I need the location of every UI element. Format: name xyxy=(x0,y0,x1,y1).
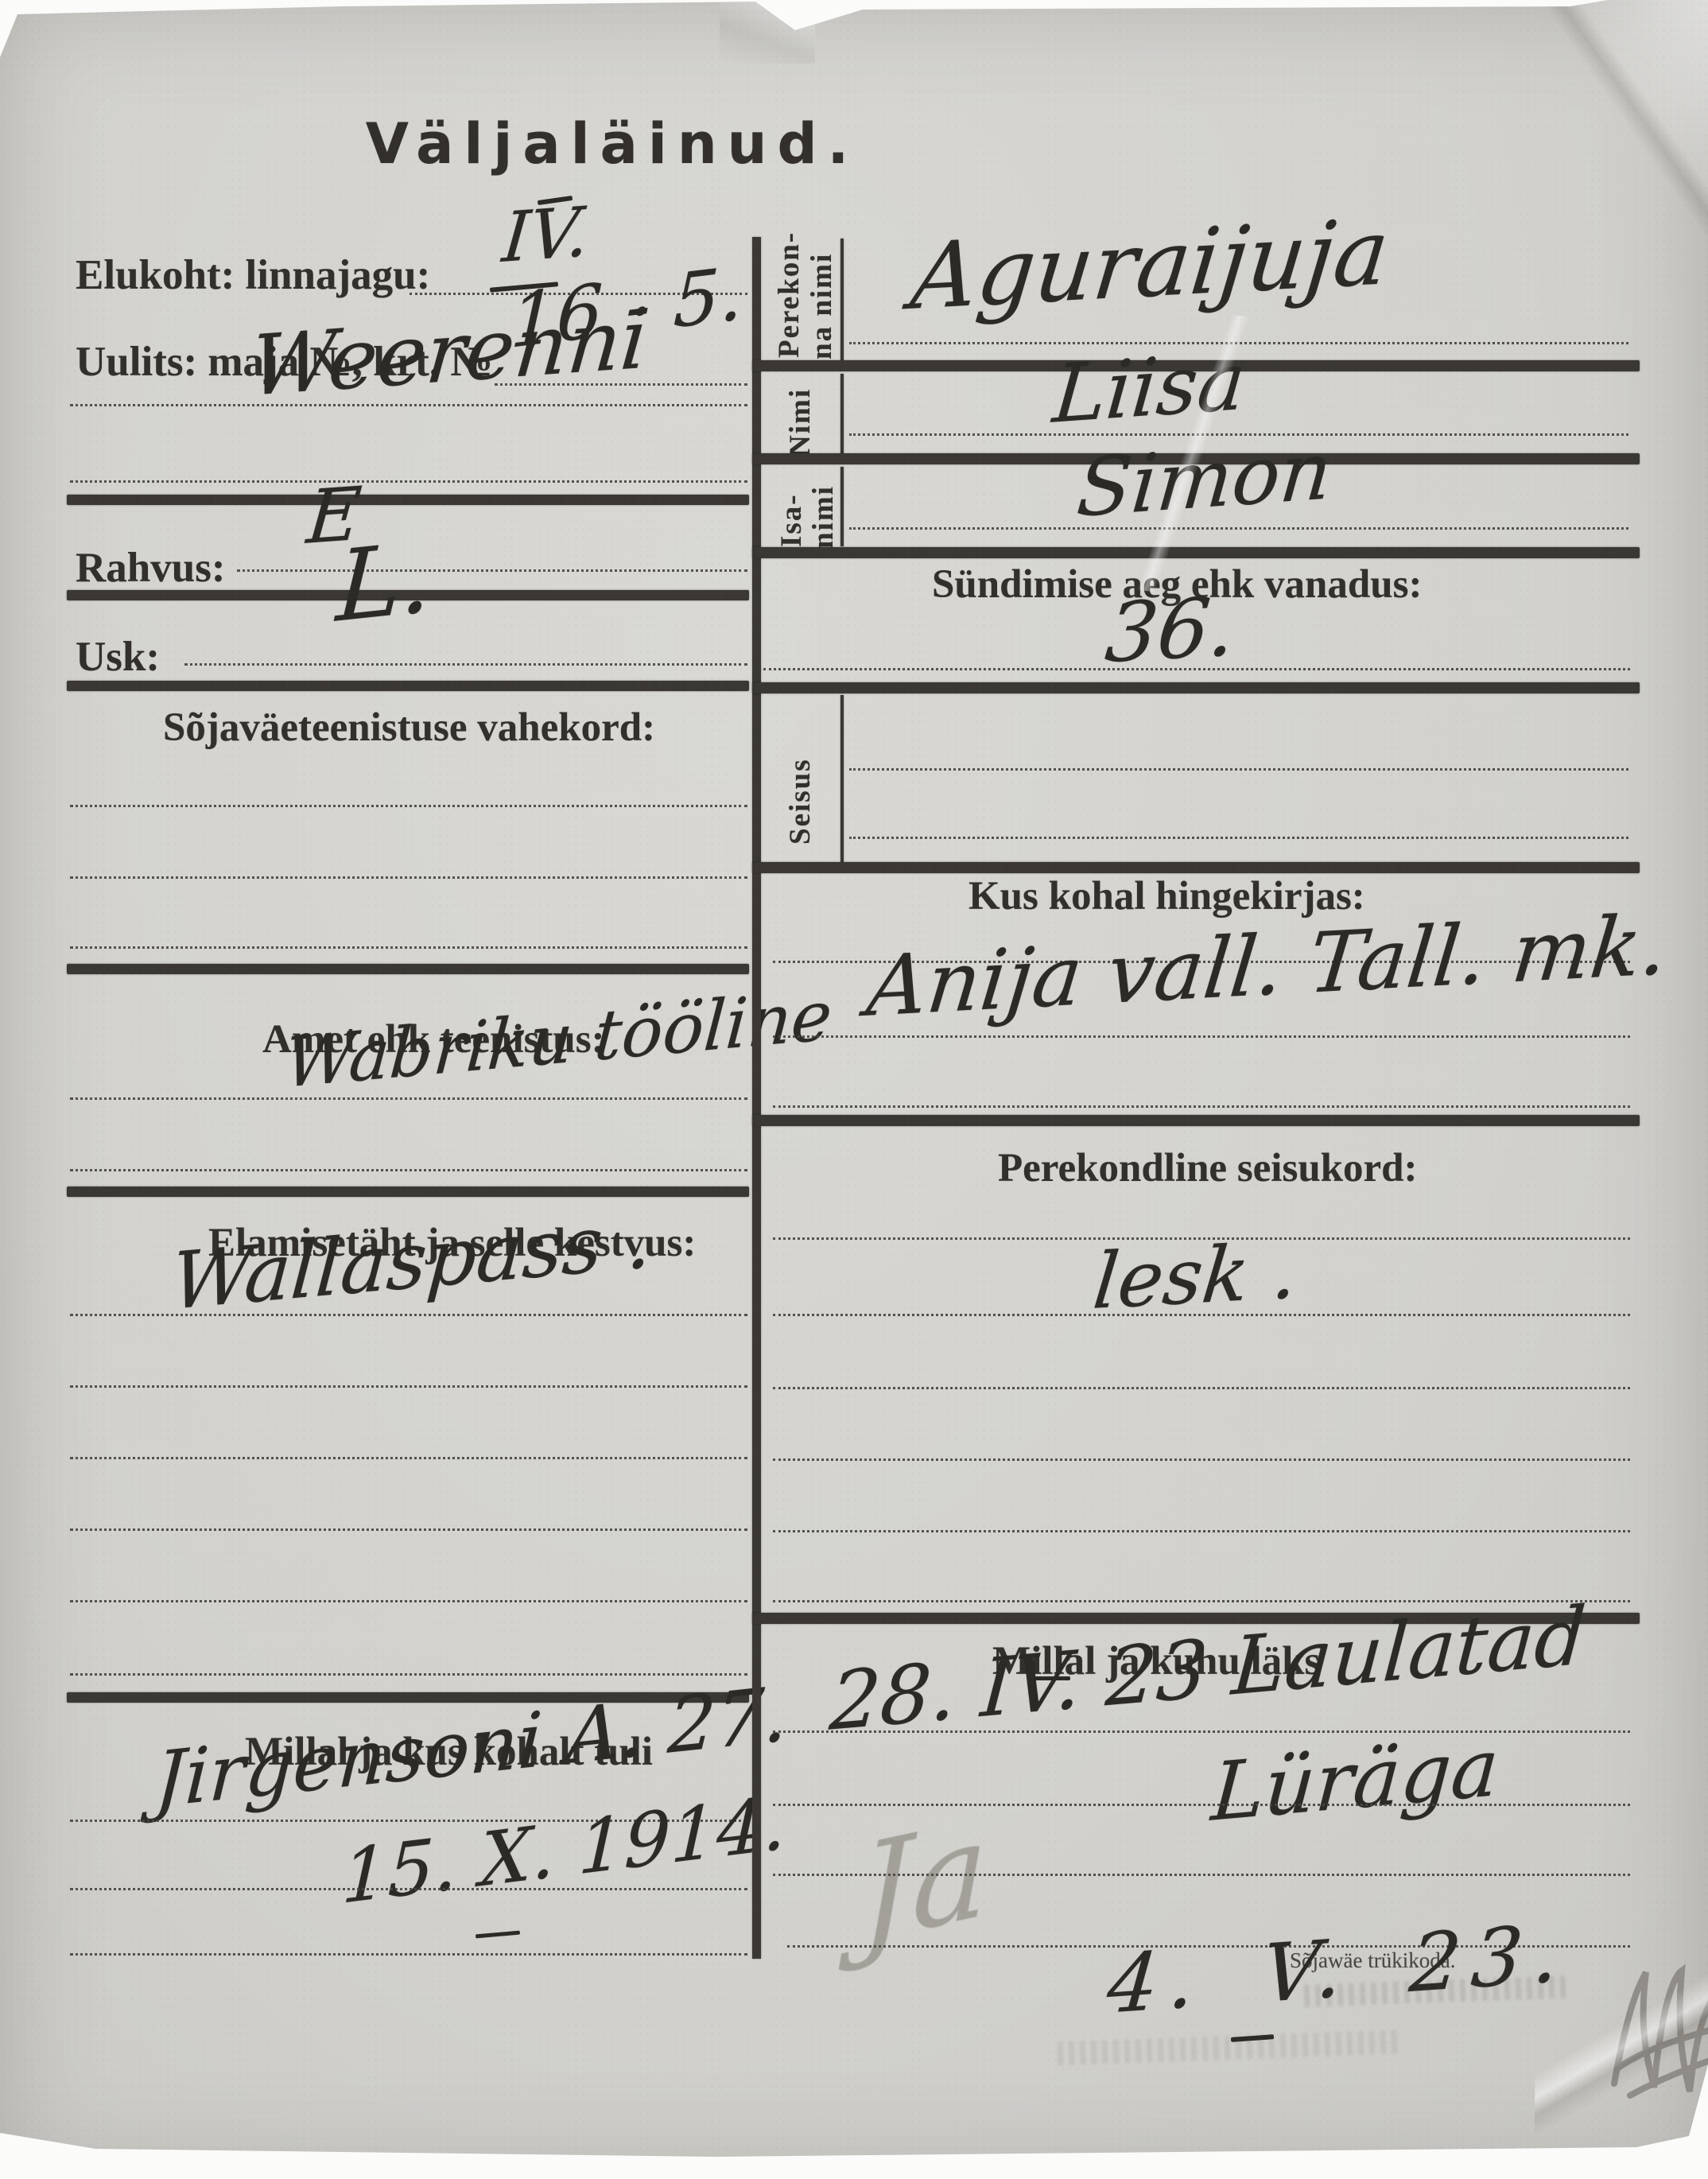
dotted-line xyxy=(773,1804,1630,1806)
dotted-line xyxy=(70,876,747,879)
elamisetaht-value-handwritten: Wallaspass . xyxy=(169,1194,655,1328)
dotted-line xyxy=(70,1953,747,1956)
dotted-line xyxy=(70,946,747,949)
tuli-value-line2-handwritten: 15. X. 1914. xyxy=(340,1780,788,1921)
dotted-line xyxy=(763,668,1630,670)
dotted-line xyxy=(70,1673,747,1676)
date-note-handwritten: 4. V. 23. xyxy=(1104,1905,1574,2032)
dotted-line xyxy=(849,768,1628,771)
dotted-line xyxy=(773,1530,1630,1532)
dotted-line xyxy=(70,1888,747,1890)
horizontal-rule xyxy=(752,1115,1640,1126)
nimi-label: Nimi xyxy=(783,375,817,456)
nimi-value-handwritten: Liisa xyxy=(1050,334,1249,441)
dotted-line xyxy=(237,569,747,572)
dotted-line xyxy=(773,1105,1630,1108)
dotted-line xyxy=(773,1387,1630,1389)
isa-nimi-value-handwritten: Simon xyxy=(1073,424,1335,535)
horizontal-rule xyxy=(67,964,749,974)
horizontal-rule xyxy=(67,495,749,505)
pen-underline xyxy=(476,1931,520,1939)
usk-value-handwritten: L. xyxy=(334,520,435,644)
perekonna-nimi-value-handwritten: Aguraijuja xyxy=(906,199,1394,330)
label-column-border xyxy=(840,239,844,363)
dotted-line xyxy=(70,404,747,406)
column-divider-line xyxy=(752,237,761,1959)
dotted-line xyxy=(70,805,747,807)
dotted-line xyxy=(70,1385,747,1388)
rahvus-label: Rahvus: xyxy=(76,544,226,592)
dotted-line xyxy=(70,480,747,483)
horizontal-rule xyxy=(67,681,749,691)
usk-label: Usk: xyxy=(76,633,160,681)
dotted-line xyxy=(70,1600,747,1602)
horizontal-rule xyxy=(752,547,1640,558)
dotted-line xyxy=(773,1730,1630,1733)
ghost-print-smudge xyxy=(1058,2030,1400,2066)
dotted-line xyxy=(773,1035,1630,1038)
hingekirjas-section-heading: Kus kohal hingekirjas: xyxy=(969,873,1365,919)
dotted-line xyxy=(849,837,1628,839)
dotted-line xyxy=(773,1314,1630,1316)
horizontal-rule xyxy=(752,862,1640,873)
top-edge-fold xyxy=(720,0,815,64)
form-title: Väljaläinud. xyxy=(334,111,891,177)
dotted-line xyxy=(70,1097,747,1100)
dotted-line xyxy=(184,663,747,666)
label-column-border xyxy=(840,374,844,455)
elukoht-label: Elukoht: linnajagu: xyxy=(76,251,430,299)
perekondline-value-handwritten: lesk . xyxy=(1089,1226,1302,1326)
street-value-handwritten: Weerenni xyxy=(246,289,652,415)
dotted-line xyxy=(773,1874,1630,1876)
perekondline-section-heading: Perekondline seisukord: xyxy=(998,1145,1418,1191)
sundimise-value-handwritten: 36. xyxy=(1101,580,1240,682)
dotted-line xyxy=(849,527,1628,530)
military-section-heading: Sõjaväeteenistuse vahekord: xyxy=(163,705,655,751)
dotted-line xyxy=(773,1458,1630,1461)
seisus-label: Seisus xyxy=(783,714,817,845)
laks-value-line2-handwritten: Lüräga xyxy=(1209,1720,1502,1839)
label-column-border xyxy=(840,695,844,862)
dotted-line xyxy=(70,1169,747,1171)
corner-fold-crease xyxy=(1551,0,1708,239)
dotted-line xyxy=(70,1314,747,1316)
horizontal-rule xyxy=(752,682,1640,693)
perekonna-nimi-label-line2: na nimi xyxy=(805,240,839,359)
registration-card-paper: Väljaläinud. Elukoht: linnajagu: IV. Uul… xyxy=(0,0,1708,2179)
dotted-line xyxy=(70,1457,747,1459)
isa-nimi-label-line1: Isa- xyxy=(774,469,809,547)
perekonna-nimi-label-line1: Perekon- xyxy=(772,231,806,358)
label-column-border xyxy=(840,467,844,546)
scanned-document: { "title": "Väljaläinud.", "left": { "el… xyxy=(0,0,1708,2179)
dotted-line xyxy=(70,1528,747,1531)
isa-nimi-label-line2: nimi xyxy=(806,471,840,549)
pencil-initials-scribble xyxy=(1598,1948,1708,2107)
elukoht-value-handwritten: IV. xyxy=(499,192,592,278)
